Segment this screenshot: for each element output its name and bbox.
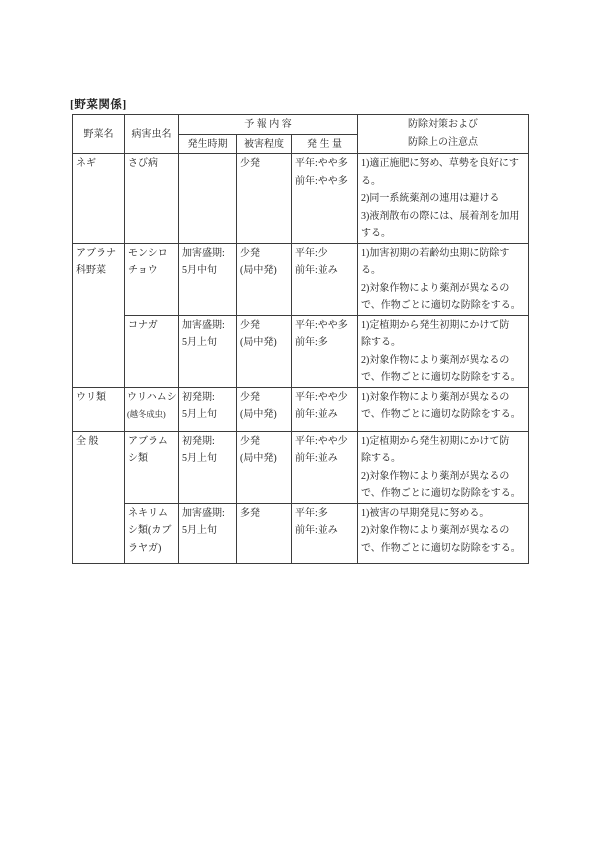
table-row: コナガ 加害盛期: 5月上旬 少発 (局中発) 平年:やや多 前年:多 1)定植… (73, 315, 529, 387)
cell-pest: ウリハムシ(越冬成虫) (125, 387, 179, 431)
cell-amount: 平年:少 前年:並み (292, 243, 358, 315)
header-control-measures: 防除対策および 防除上の注意点 (358, 115, 529, 154)
header-occurrence-amount: 発 生 量 (292, 135, 358, 154)
cell-pest: アブラム シ類 (125, 431, 179, 503)
cell-vegetable: 全 般 (73, 431, 125, 563)
cell-measures: 1)定植期から発生初期にかけて防 除する。 2)対象作物により薬剤が異なるの で… (358, 315, 529, 387)
header-forecast-content: 予 報 内 容 (179, 115, 358, 135)
header-occurrence-period: 発生時期 (179, 135, 237, 154)
document-page: [野菜関係] 野菜名 病害虫名 予 報 内 容 防除対策および 防除上の注意点 … (0, 0, 600, 849)
cell-damage: 少発 (局中発) (237, 243, 292, 315)
page-title: [野菜関係] (70, 96, 127, 112)
cell-period: 加害盛期: 5月中旬 (179, 243, 237, 315)
cell-period: 初発期: 5月上旬 (179, 387, 237, 431)
table-row: ウリ類 ウリハムシ(越冬成虫) 初発期: 5月上旬 少発 (局中発) 平年:やや… (73, 387, 529, 431)
cell-period (179, 154, 237, 244)
table-header-row-1: 野菜名 病害虫名 予 報 内 容 防除対策および 防除上の注意点 (73, 115, 529, 135)
header-vegetable-name: 野菜名 (73, 115, 125, 154)
cell-period: 加害盛期: 5月上旬 (179, 315, 237, 387)
cell-measures: 1)被害の早期発見に努める。 2)対象作物により薬剤が異なるの で、作物ごとに適… (358, 503, 529, 563)
cell-vegetable: ネギ (73, 154, 125, 244)
cell-measures: 1)対象作物により薬剤が異なるの で、作物ごとに適切な防除をする。 (358, 387, 529, 431)
cell-measures: 1)適正施肥に努め、草勢を良好にす る。 2)同一系統薬剤の連用は避ける 3)液… (358, 154, 529, 244)
pest-name-subtext: (越冬成虫) (127, 409, 165, 419)
cell-damage: 少発 (237, 154, 292, 244)
cell-damage: 多発 (237, 503, 292, 563)
cell-amount: 平年:やや少 前年:並み (292, 387, 358, 431)
table-row: アブラナ 科野菜 モンシロ チョウ 加害盛期: 5月中旬 少発 (局中発) 平年… (73, 243, 529, 315)
cell-vegetable: アブラナ 科野菜 (73, 243, 125, 387)
table-row: ネキリム シ類(カブ ラヤガ) 加害盛期: 5月上旬 多発 平年:多 前年:並み… (73, 503, 529, 563)
cell-pest: コナガ (125, 315, 179, 387)
header-pest-name: 病害虫名 (125, 115, 179, 154)
cell-measures: 1)定植期から発生初期にかけて防 除する。 2)対象作物により薬剤が異なるの で… (358, 431, 529, 503)
header-damage-level: 被害程度 (237, 135, 292, 154)
cell-amount: 平年:やや少 前年:並み (292, 431, 358, 503)
table-row: ネギ さび病 少発 平年:やや多 前年:やや多 1)適正施肥に努め、草勢を良好に… (73, 154, 529, 244)
cell-damage: 少発 (局中発) (237, 387, 292, 431)
cell-vegetable: ウリ類 (73, 387, 125, 431)
cell-damage: 少発 (局中発) (237, 315, 292, 387)
pest-forecast-table: 野菜名 病害虫名 予 報 内 容 防除対策および 防除上の注意点 発生時期 被害… (72, 114, 529, 564)
cell-pest: さび病 (125, 154, 179, 244)
cell-amount: 平年:多 前年:並み (292, 503, 358, 563)
cell-period: 初発期: 5月上旬 (179, 431, 237, 503)
cell-amount: 平年:やや多 前年:多 (292, 315, 358, 387)
pest-name-text: ウリハムシ (127, 392, 177, 403)
cell-pest: モンシロ チョウ (125, 243, 179, 315)
cell-pest: ネキリム シ類(カブ ラヤガ) (125, 503, 179, 563)
cell-period: 加害盛期: 5月上旬 (179, 503, 237, 563)
cell-amount: 平年:やや多 前年:やや多 (292, 154, 358, 244)
table-row: 全 般 アブラム シ類 初発期: 5月上旬 少発 (局中発) 平年:やや少 前年… (73, 431, 529, 503)
cell-damage: 少発 (局中発) (237, 431, 292, 503)
cell-measures: 1)加害初期の若齢幼虫期に防除す る。 2)対象作物により薬剤が異なるの で、作… (358, 243, 529, 315)
